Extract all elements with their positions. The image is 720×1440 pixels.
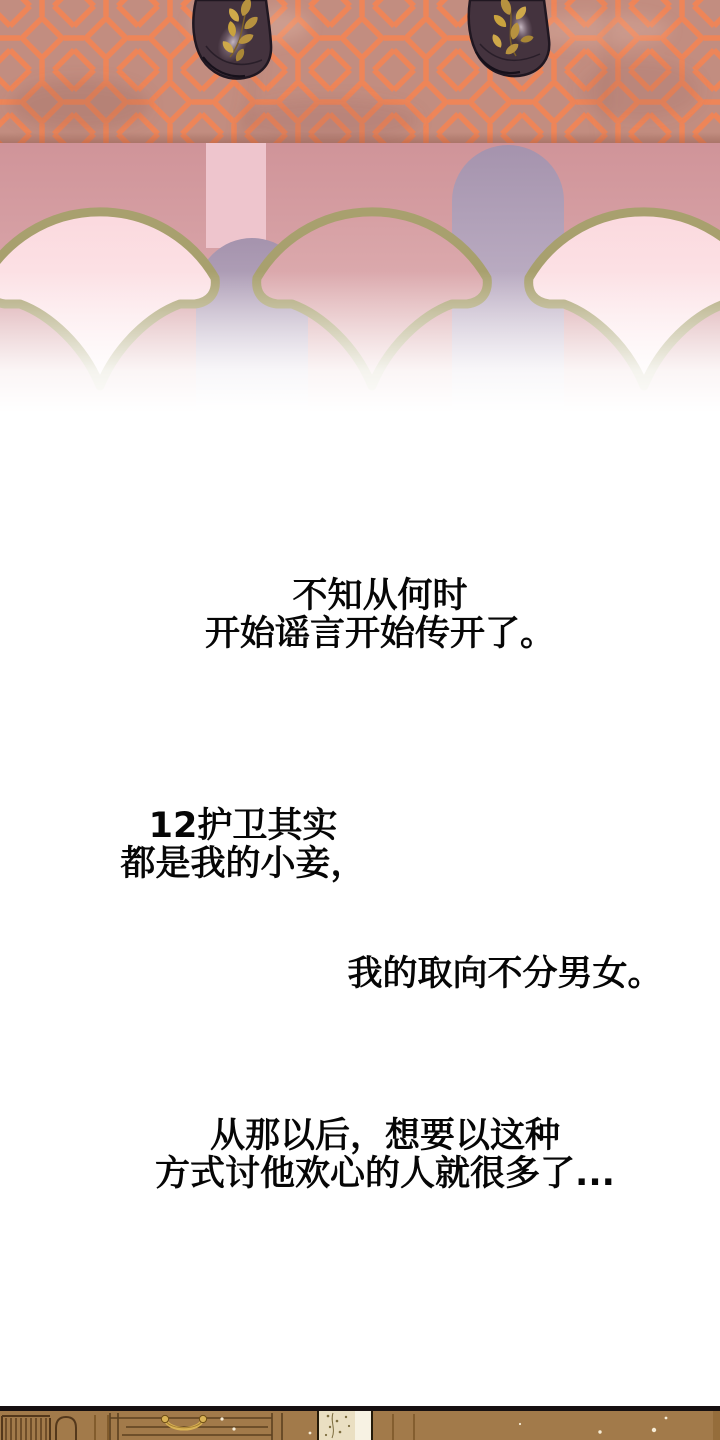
- bottom-scene-art: [0, 1406, 720, 1440]
- hanging-scroll: [318, 1411, 372, 1440]
- bottom-scene-strip: [0, 1406, 720, 1440]
- narration-line: 我的取向不分男女。: [330, 955, 680, 993]
- curtain-banner-art: [0, 0, 720, 143]
- arch-wallpaper: [0, 143, 720, 413]
- arch-wallpaper-art: [0, 143, 720, 413]
- narration-line: 开始谣言开始传开了。: [150, 615, 610, 653]
- curtain-bottom-shadow: [0, 132, 720, 143]
- narration-line: 方式讨他欢心的人就很多了...: [145, 1155, 625, 1193]
- narration-block-4: 从那以后，想要以这种 方式讨他欢心的人就很多了...: [145, 1117, 625, 1193]
- narration-block-3: 我的取向不分男女。: [330, 955, 680, 993]
- white-fade-overlay: [0, 271, 720, 413]
- right-edge-shade: [713, 1411, 720, 1440]
- curtain-banner: [0, 0, 720, 143]
- webtoon-page: 不知从何时 开始谣言开始传开了。 12护卫其实 都是我的小妾， 我的取向不分男女…: [0, 0, 720, 1440]
- narration-line: 都是我的小妾，: [63, 845, 423, 883]
- narration-line: 从那以后，想要以这种: [145, 1117, 625, 1155]
- back-arch-wedge: [206, 143, 266, 248]
- panel-border: [0, 1406, 720, 1411]
- narration-block-2: 12护卫其实 都是我的小妾，: [63, 807, 423, 883]
- narration-line: 不知从何时: [150, 577, 610, 615]
- narration-block-1: 不知从何时 开始谣言开始传开了。: [150, 577, 610, 653]
- narration-line: 12护卫其实: [63, 807, 423, 845]
